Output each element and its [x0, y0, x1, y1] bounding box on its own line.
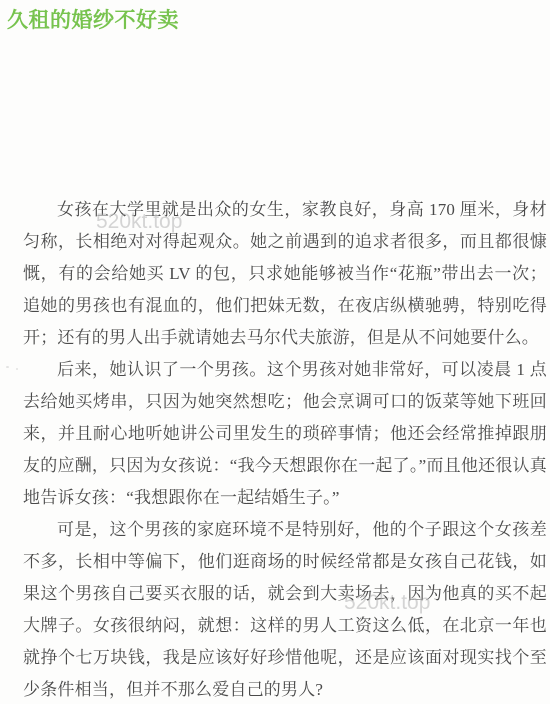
article-body: 女孩在大学里就是出众的女生，家教良好，身高 170 厘米，身材匀称，长相绝对对得…: [23, 194, 547, 704]
article-paragraph-3: 可是，这个男孩的家庭环境不是特别好，他的个子跟这个女孩差不多，长相中等偏下，他们…: [23, 514, 547, 704]
page-title: 久租的婚纱不好卖: [7, 9, 179, 33]
article-paragraph-1: 女孩在大学里就是出众的女生，家教良好，身高 170 厘米，身材匀称，长相绝对对得…: [23, 194, 547, 354]
article-paragraph-2: 后来，她认识了一个男孩。这个男孩对她非常好，可以凌晨 1 点去给她买烤串，只因为…: [23, 354, 547, 514]
scanned-book-page: { "page": { "title": "久租的婚纱不好卖", "title_…: [0, 0, 550, 704]
scan-speck: [16, 368, 18, 370]
scan-speck: [6, 366, 9, 368]
